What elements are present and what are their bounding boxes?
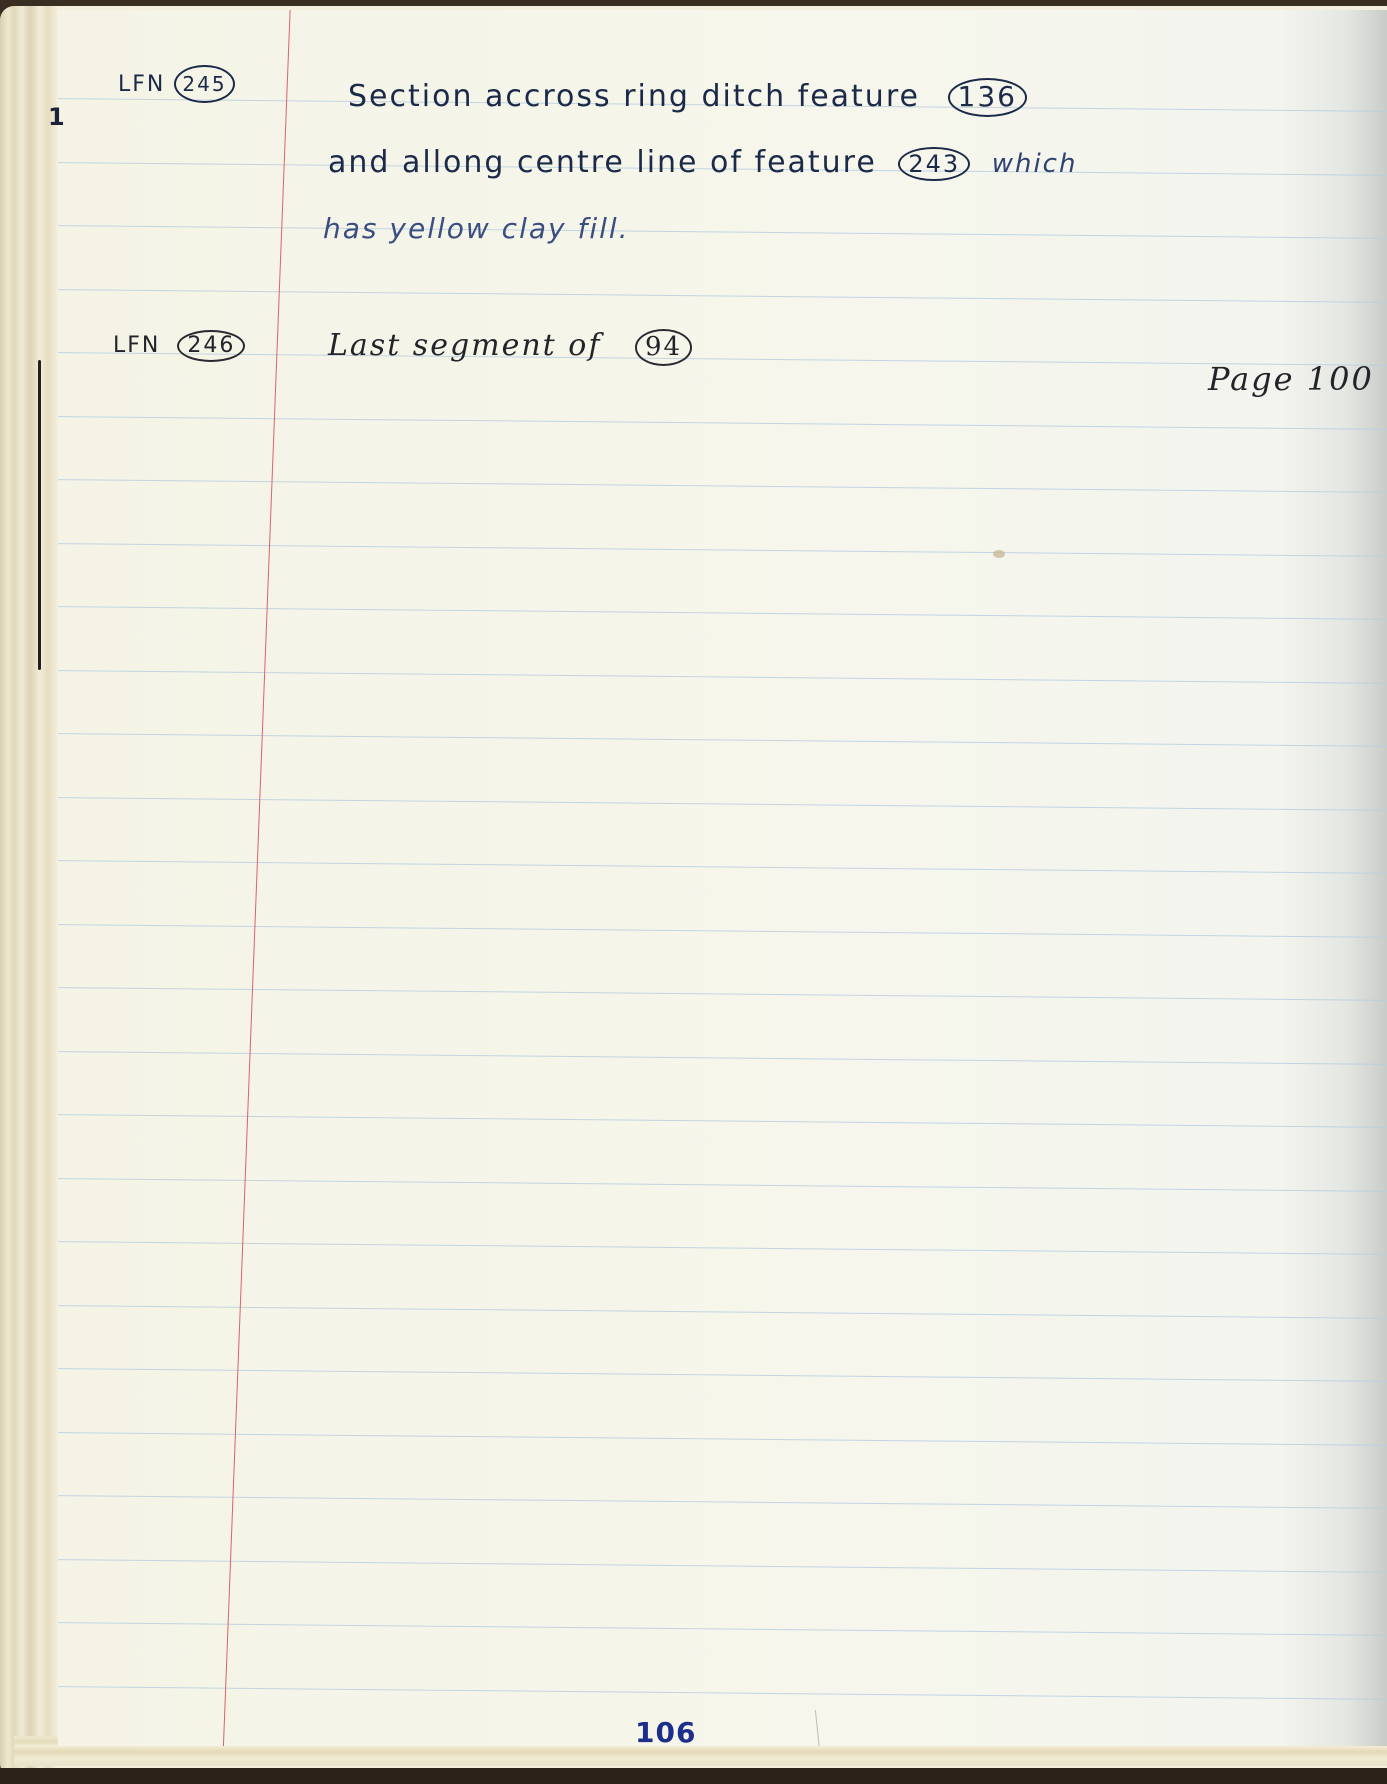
ruled-line bbox=[58, 1241, 1387, 1255]
ruled-line bbox=[58, 987, 1387, 1001]
ruled-line bbox=[58, 225, 1387, 239]
ruled-line bbox=[58, 670, 1387, 684]
ruled-line bbox=[58, 1305, 1387, 1319]
handwritten-text: which bbox=[992, 149, 1078, 179]
ruled-line bbox=[58, 1368, 1387, 1382]
ruled-line bbox=[58, 1495, 1387, 1509]
ruled-line bbox=[58, 1178, 1387, 1192]
entry-245-label: LFN 245 bbox=[118, 65, 235, 103]
handwritten-text: has yellow clay fill. bbox=[323, 212, 630, 245]
ruled-line bbox=[58, 1051, 1387, 1065]
entry-245-line-2: and allong centre line of feature 243 wh… bbox=[328, 145, 1077, 181]
red-margin-line bbox=[222, 10, 291, 1746]
entry-246-line-1: Last segment of 94 bbox=[328, 328, 692, 366]
ruled-line bbox=[58, 1114, 1387, 1128]
book-bottom-edge bbox=[0, 1768, 1387, 1784]
entry-245-line-1: Section accross ring ditch feature 136 bbox=[348, 78, 1027, 117]
page-reference-note: Page 100 bbox=[1208, 360, 1374, 398]
entry-245-line-3: has yellow clay fill. bbox=[323, 212, 630, 245]
ruled-line bbox=[58, 416, 1387, 430]
page-number: 106 bbox=[635, 1716, 696, 1749]
ruled-line bbox=[58, 733, 1387, 747]
ruled-line bbox=[58, 606, 1387, 620]
circled-feature-number: 94 bbox=[635, 329, 692, 366]
ruled-line bbox=[58, 352, 1387, 366]
circled-lfn-number: 245 bbox=[174, 65, 234, 103]
lfn-label: LFN bbox=[118, 72, 165, 97]
ruled-line bbox=[58, 1432, 1387, 1446]
circled-feature-number: 243 bbox=[898, 147, 970, 181]
handwritten-text: Section accross ring ditch feature bbox=[348, 79, 920, 114]
ruled-line bbox=[58, 924, 1387, 938]
ruled-line bbox=[58, 479, 1387, 493]
ruled-line bbox=[58, 1622, 1387, 1636]
handwritten-text: Last segment of bbox=[328, 328, 601, 363]
lfn-label: LFN bbox=[113, 333, 160, 358]
entry-246-label: LFN 246 bbox=[113, 330, 245, 362]
ruled-line bbox=[58, 1559, 1387, 1573]
left-edge-mark: 1 bbox=[48, 103, 65, 131]
ruled-line bbox=[58, 543, 1387, 557]
margin-marker-line bbox=[38, 360, 41, 670]
ruled-line bbox=[58, 1686, 1387, 1700]
circled-lfn-number: 246 bbox=[177, 330, 245, 362]
paper-crease bbox=[815, 1710, 822, 1746]
handwritten-text: and allong centre line of feature bbox=[328, 145, 877, 180]
ruled-line bbox=[58, 289, 1387, 303]
notebook-page: LFN 245 Section accross ring ditch featu… bbox=[58, 10, 1387, 1746]
paper-stain bbox=[993, 550, 1005, 558]
ruled-line bbox=[58, 797, 1387, 811]
circled-feature-number: 136 bbox=[948, 78, 1027, 117]
